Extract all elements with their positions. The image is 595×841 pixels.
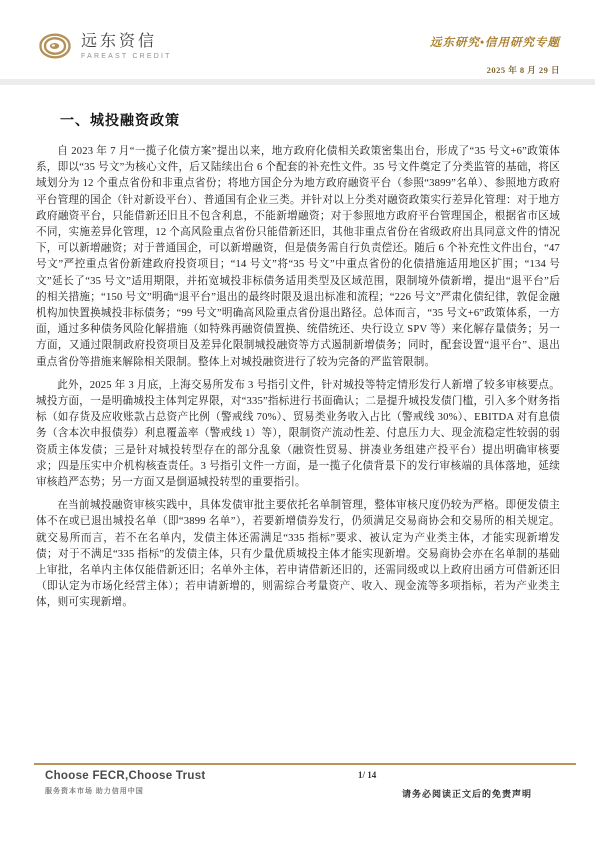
section-title: 一、城投融资政策 [36, 110, 560, 130]
footer-divider [34, 763, 576, 765]
paragraph-1: 自 2023 年 7 月“一揽子化债方案”提出以来，地方政府化债相关政策密集出台… [36, 144, 560, 371]
brand-name-cn: 远东资信 [81, 33, 172, 51]
footer-disclaimer: 请务必阅读正文后的免责声明 [402, 787, 532, 800]
page-header: 远东资信 FAREAST CREDIT 远东研究•信用研究专题 2025 年 8… [0, 0, 595, 79]
report-series-title: 远东研究•信用研究专题 [430, 34, 560, 50]
brand-logo: 远东资信 FAREAST CREDIT [37, 32, 172, 60]
page-number: 1/ 14 [358, 770, 376, 780]
document-body: 一、城投融资政策 自 2023 年 7 月“一揽子化债方案”提出以来，地方政府化… [36, 110, 560, 619]
header-divider [0, 79, 595, 85]
footer-slogan-cn: 服务资本市场 助力信用中国 [45, 786, 144, 796]
footer-slogan-en: Choose FECR,Choose Trust [45, 770, 206, 782]
report-page: 远东资信 FAREAST CREDIT 远东研究•信用研究专题 2025 年 8… [0, 0, 595, 841]
paragraph-2: 此外，2025 年 3 月底，上海交易所发布 3 号指引文件，针对城投等特定情形… [36, 378, 560, 491]
brand-name-en: FAREAST CREDIT [81, 53, 172, 60]
paragraph-3: 在当前城投融资审核实践中，具体发债审批主要依托名单制管理，整体审核尺度仍较为严格… [36, 498, 560, 611]
page-footer: Choose FECR,Choose Trust 服务资本市场 助力信用中国 1… [0, 763, 595, 841]
fareast-credit-logo-icon [37, 32, 73, 60]
report-date: 2025 年 8 月 29 日 [430, 64, 560, 76]
